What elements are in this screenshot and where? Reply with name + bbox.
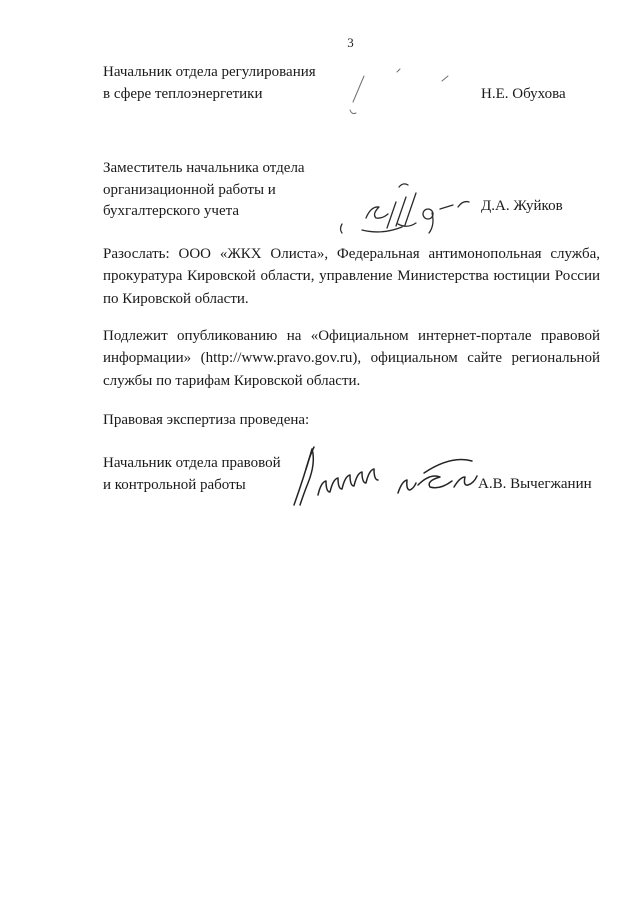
signatory-3-name: А.В. Вычегжанин	[478, 476, 592, 493]
signature-2-scribble-icon	[336, 178, 476, 240]
paragraph-publication: Подлежит опубликованию на «Официальном и…	[103, 325, 600, 392]
title-line: Заместитель начальника отдела	[103, 158, 363, 180]
page-number: 3	[103, 35, 598, 51]
title-line: в сфере теплоэнергетики	[103, 84, 363, 106]
title-line: бухгалтерского учета	[103, 201, 363, 223]
paragraph-distribution: Разослать: ООО «ЖКХ Олиста», Федеральная…	[103, 243, 600, 310]
signatory-1-title: Начальник отдела регулирования в сфере т…	[103, 62, 363, 105]
paragraph-line: Разослать: ООО «ЖКХ Олиста», Федеральная…	[103, 243, 600, 265]
signature-1-scribble-icon	[348, 60, 463, 118]
paragraph-line: службы по тарифам Кировской области.	[103, 370, 600, 392]
signatory-1-name: Н.Е. Обухова	[481, 86, 566, 103]
signature-3-scribble-icon	[276, 443, 481, 508]
paragraph-line: прокуратура Кировской области, управлени…	[103, 265, 600, 287]
legal-review-note: Правовая экспертиза проведена:	[103, 412, 309, 429]
paragraph-line: Подлежит опубликованию на «Официальном и…	[103, 325, 600, 347]
title-line: организационной работы и	[103, 180, 363, 202]
signatory-2-title: Заместитель начальника отдела организаци…	[103, 158, 363, 223]
signatory-2-name: Д.А. Жуйков	[481, 198, 563, 215]
title-line: Начальник отдела регулирования	[103, 62, 363, 84]
paragraph-line: информации» (http://www.pravo.gov.ru), о…	[103, 347, 600, 369]
paragraph-line: по Кировской области.	[103, 288, 600, 310]
document-page: 3 Начальник отдела регулирования в сфере…	[0, 0, 640, 905]
